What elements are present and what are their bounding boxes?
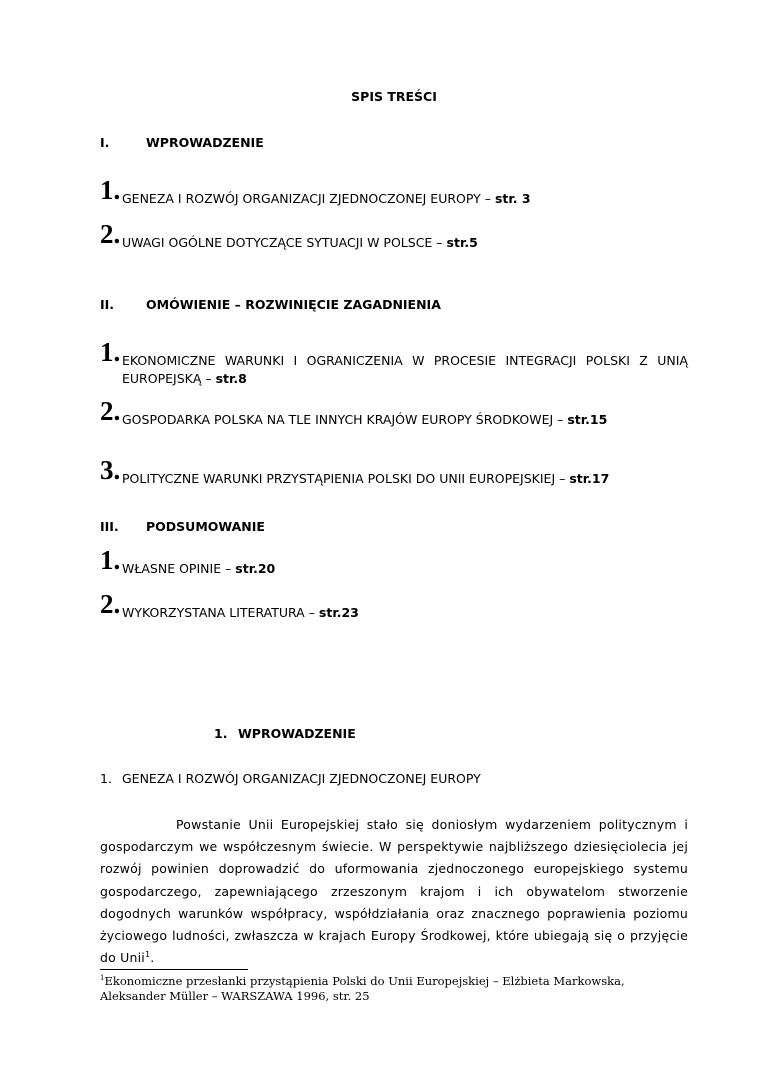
entry-number: 3. [100, 461, 120, 479]
toc-section-3-heading: III.PODSUMOWANIE [100, 519, 265, 534]
entry-page: str.5 [447, 235, 478, 250]
entry-number: 2. [100, 402, 120, 420]
entry-number: 2. [100, 225, 120, 243]
toc-entry[interactable]: 3. POLITYCZNE WARUNKI PRZYSTĄPIENIA POLS… [100, 470, 688, 488]
footnote: 1Ekonomiczne przesłanki przystąpienia Po… [100, 974, 688, 1004]
toc-entry[interactable]: 1. EKONOMICZNE WARUNKI I OGRANICZENIA W … [100, 352, 688, 388]
entry-title: UWAGI OGÓLNE DOTYCZĄCE SYTUACJI W POLSCE… [122, 235, 447, 250]
body-paragraph: Powstanie Unii Europejskiej stało się do… [100, 814, 688, 969]
entry-page: str.23 [319, 605, 359, 620]
toc-entry[interactable]: 2. GOSPODARKA POLSKA NA TLE INNYCH KRAJÓ… [100, 411, 688, 429]
document-page: SPIS TREŚCI I.WPROWADZENIE 1. GENEZA I R… [0, 0, 760, 1075]
section-numeral: II. [100, 297, 146, 312]
entry-number: 1. [100, 343, 120, 361]
entry-page: str.15 [567, 412, 607, 427]
subsection-title: GENEZA I ROZWÓJ ORGANIZACJI ZJEDNOCZONEJ… [122, 771, 481, 786]
toc-title: SPIS TREŚCI [0, 89, 760, 104]
entry-title-line1: EKONOMICZNE WARUNKI I OGRANICZENIA W PRO… [122, 352, 688, 370]
paragraph-text: Powstanie Unii Europejskiej stało się do… [100, 817, 688, 965]
entry-title: EUROPEJSKĄ – [122, 371, 216, 386]
section-title: WPROWADZENIE [146, 135, 264, 150]
chapter-heading: 1.WPROWADZENIE [214, 726, 356, 741]
subsection-heading: 1.GENEZA I ROZWÓJ ORGANIZACJI ZJEDNOCZON… [100, 771, 481, 786]
toc-section-1-heading: I.WPROWADZENIE [100, 135, 264, 150]
toc-entry[interactable]: 2. UWAGI OGÓLNE DOTYCZĄCE SYTUACJI W POL… [100, 234, 688, 252]
toc-section-2-heading: II.OMÓWIENIE – ROZWINIĘCIE ZAGADNIENIA [100, 297, 441, 312]
entry-title: WŁASNE OPINIE – [122, 561, 235, 576]
footnote-separator [100, 969, 248, 970]
subsection-number: 1. [100, 771, 122, 786]
chapter-number: 1. [214, 726, 238, 741]
toc-entry[interactable]: 2. WYKORZYSTANA LITERATURA – str.23 [100, 604, 688, 622]
entry-title: POLITYCZNE WARUNKI PRZYSTĄPIENIA POLSKI … [122, 471, 569, 486]
toc-entry[interactable]: 1. GENEZA I ROZWÓJ ORGANIZACJI ZJEDNOCZO… [100, 190, 688, 208]
chapter-title: WPROWADZENIE [238, 726, 356, 741]
entry-page: str.20 [235, 561, 275, 576]
entry-title: GENEZA I ROZWÓJ ORGANIZACJI ZJEDNOCZONEJ… [122, 191, 495, 206]
entry-title: WYKORZYSTANA LITERATURA – [122, 605, 319, 620]
section-title: OMÓWIENIE – ROZWINIĘCIE ZAGADNIENIA [146, 297, 441, 312]
entry-number: 1. [100, 181, 120, 199]
section-numeral: I. [100, 135, 146, 150]
entry-page: str.8 [216, 371, 247, 386]
section-title: PODSUMOWANIE [146, 519, 265, 534]
entry-title: GOSPODARKA POLSKA NA TLE INNYCH KRAJÓW E… [122, 412, 567, 427]
footnote-text: Ekonomiczne przesłanki przystąpienia Pol… [100, 974, 625, 1003]
entry-number: 1. [100, 551, 120, 569]
entry-number: 2. [100, 595, 120, 613]
entry-page: str. 3 [495, 191, 531, 206]
section-numeral: III. [100, 519, 146, 534]
toc-entry[interactable]: 1. WŁASNE OPINIE – str.20 [100, 560, 688, 578]
entry-page: str.17 [569, 471, 609, 486]
